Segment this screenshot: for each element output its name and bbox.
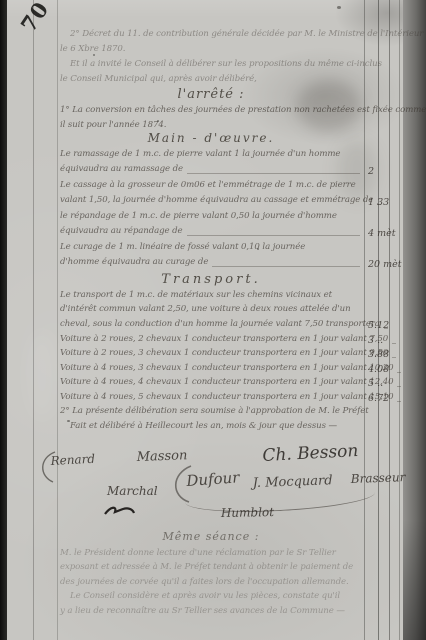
manuscript-page: 70 2° Décret du 11. de contribution géné… <box>7 0 403 640</box>
intro-paragraph: 2° Décret du 11. de contribution général… <box>60 27 362 87</box>
text-line: Le cassage à la grosseur de 0m06 et l'em… <box>60 178 362 193</box>
main-doeuvre-heading: Main - d'œuvre. <box>60 131 362 145</box>
text-line: des journées de corvée qu'il a faites lo… <box>60 575 362 590</box>
signature: Marchal <box>107 484 158 498</box>
ledger-entry: Voiture à 2 roues, 2 chevaux 1 conducteu… <box>60 332 362 347</box>
signature: Renard <box>50 452 95 468</box>
entry-amount: 4 mèt <box>368 228 412 239</box>
text-line: exposant et adressée à M. le Préfet tend… <box>60 561 362 576</box>
ledger-entry: Le cassage à la grosseur de 0m06 et l'em… <box>60 178 362 209</box>
ledger-entry: Le ramassage de 1 m.c. de pierre valant … <box>60 147 362 178</box>
signature: Masson <box>136 448 187 465</box>
leader-line <box>187 173 360 174</box>
text-line: Voiture à 4 roues, 4 chevaux 1 conducteu… <box>60 376 362 391</box>
arrete-paragraph: 1° La conversion en tâches des journées … <box>60 103 362 133</box>
text-line: le Conseil Municipal qui, après avoir dé… <box>60 72 362 87</box>
entry-amount: 5 .. <box>368 378 412 389</box>
entry-amount: 1 33 <box>368 197 412 208</box>
ledger-entry: Voiture à 4 roues, 4 chevaux 1 conducteu… <box>60 376 362 391</box>
entry-amount: 3.88 <box>368 349 412 360</box>
text-line: Fait et délibéré à Heillecourt les an, m… <box>60 419 362 434</box>
book-edge-left <box>0 0 7 640</box>
leader-line <box>187 235 360 236</box>
text-line: Voiture à 2 roues, 3 chevaux 1 conducteu… <box>60 347 362 362</box>
entry-amount: 4.08 <box>368 364 412 375</box>
transport-entries: Le transport de 1 m.c. de matériaux sur … <box>60 288 362 405</box>
entry-amount: 6.72 <box>368 393 412 404</box>
text-line: valant 1,50, la journée d'homme équivaud… <box>60 193 362 208</box>
page-number-stamp: 70 <box>16 0 54 36</box>
text-line: Le ramassage de 1 m.c. de pierre valant … <box>60 147 362 162</box>
text-line: M. le Président donne lecture d'une récl… <box>60 546 362 561</box>
text-line: y a lieu de reconnaître au Sr Tellier se… <box>60 604 362 619</box>
signature: Brasseur <box>351 470 406 486</box>
text-line: d'intérêt commun valant 2,50, une voitur… <box>60 303 362 318</box>
ledger-entry: Le curage de 1 m. linéaire de fossé vala… <box>60 240 362 271</box>
text-line: le 6 Xbre 1870. <box>60 42 362 57</box>
entry-amount: 3 .. <box>368 335 412 346</box>
leader-line <box>212 266 360 267</box>
signature: Ch. Besson <box>262 441 359 466</box>
text-line: Voiture à 4 roues, 3 chevaux 1 conducteu… <box>60 361 362 376</box>
signature-block: Renard Masson Ch. Besson Marchal Dufour … <box>35 448 407 528</box>
ledger-entry: Voiture à 4 roues, 3 chevaux 1 conducteu… <box>60 361 362 376</box>
text-line: 2° La présente délibération sera soumise… <box>60 404 362 419</box>
text-line: d'homme équivaudra au curage de <box>60 255 362 270</box>
margin-rule <box>33 0 34 640</box>
entry-amount: 5.12 <box>368 320 412 331</box>
paraph-mark <box>103 504 137 520</box>
text-line: 1° La conversion en tâches des journées … <box>60 103 362 118</box>
closing-paragraph: 2° La présente délibération sera soumise… <box>60 404 362 434</box>
text-line: Voiture à 4 roues, 5 chevaux 1 conducteu… <box>60 390 362 405</box>
ledger-entry: Voiture à 2 roues, 3 chevaux 1 conducteu… <box>60 347 362 362</box>
meme-seance-paragraph: M. le Président donne lecture d'une récl… <box>60 546 362 619</box>
margin-rule <box>57 0 58 640</box>
text-line: Le curage de 1 m. linéaire de fossé vala… <box>60 240 362 255</box>
ledger-entry: le répandage de 1 m.c. de pierre valant … <box>60 209 362 240</box>
text-line: 2° Décret du 11. de contribution général… <box>60 27 362 42</box>
signature: Dufour <box>186 468 240 490</box>
text-line: Le Conseil considère et après avoir vu l… <box>60 590 362 605</box>
text-line: équivaudra au ramassage de <box>60 162 362 177</box>
text-line: Voiture à 2 roues, 2 chevaux 1 conducteu… <box>60 332 362 347</box>
text-line: équivaudra au répandage de <box>60 224 362 239</box>
entry-amount: 2 <box>368 166 412 177</box>
main-doeuvre-entries: Le ramassage de 1 m.c. de pierre valant … <box>60 147 362 271</box>
arrete-heading: l'arrêté : <box>60 87 362 102</box>
entry-amount: 20 mèt <box>368 259 412 270</box>
text-line: cheval, sous la conduction d'un homme la… <box>60 317 362 332</box>
meme-seance-heading: Même séance : <box>60 530 362 543</box>
text-line: Et il a invité le Conseil à délibérer su… <box>60 57 362 72</box>
transport-heading: Transport. <box>60 272 362 287</box>
ledger-entry: Le transport de 1 m.c. de matériaux sur … <box>60 288 362 332</box>
register-page-photo: 70 2° Décret du 11. de contribution géné… <box>0 0 426 640</box>
text-line: Le transport de 1 m.c. de matériaux sur … <box>60 288 362 303</box>
ledger-entry: Voiture à 4 roues, 5 chevaux 1 conducteu… <box>60 390 362 405</box>
signature: Humblot <box>221 505 274 520</box>
paper-highlight <box>27 330 57 420</box>
text-line: le répandage de 1 m.c. de pierre valant … <box>60 209 362 224</box>
